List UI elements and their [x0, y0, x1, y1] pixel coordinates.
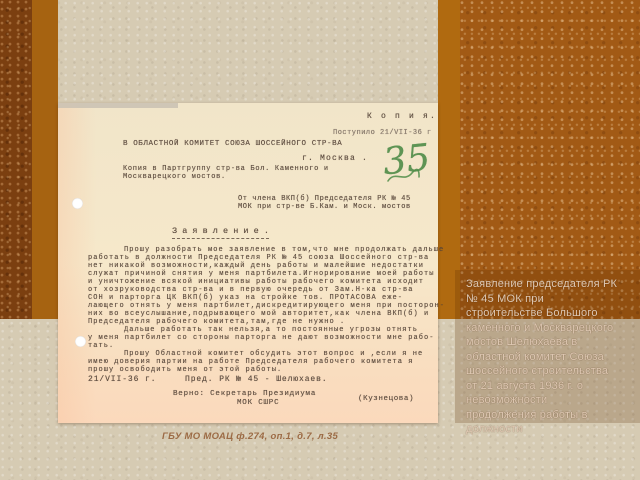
body-line-2: работать в должности Председателя РК № 4…: [88, 254, 445, 262]
body-line-3: нет никакой возможности,каждый день рабо…: [88, 262, 445, 270]
punch-hole-top: [72, 198, 83, 209]
paper-top-edge: [58, 103, 178, 108]
body-line-4: служат причиной снятия у меня партбилета…: [88, 270, 445, 278]
application-heading: З а я в л е н и е .: [172, 226, 269, 236]
from-line-2: МОК при стр-ве Б.Кам. и Моск. мостов: [238, 203, 411, 211]
body-line-13: тать.: [88, 342, 445, 350]
copy-stamp: К о п и я.: [367, 112, 437, 121]
handwriting-flourish: [386, 168, 420, 184]
certified-line-1: Верно: Секретарь Президиума: [173, 390, 316, 398]
copy-note-line-2: Москварецкого мостов.: [123, 173, 226, 181]
copy-note-line-1: Копия в Партгруппу стр-ва Бол. Каменного…: [123, 165, 329, 173]
body-line-15: имею доверия партии на работе Председате…: [88, 358, 445, 366]
body-line-9: них во всеуслышание,подрывающего мой авт…: [88, 310, 445, 318]
body-line-6: от хозруководства стр-ва и в первую очер…: [88, 286, 445, 294]
punch-hole-bottom: [75, 336, 86, 347]
body-line-10: Председателя рабочего комитета,там,где н…: [88, 318, 445, 326]
photo-mount-left: [0, 0, 32, 319]
body-line-1: Прошу разобрать мое заявление в том,что …: [88, 246, 445, 254]
body-line-14: Прошу Областной комитет обсудить этот во…: [88, 350, 445, 358]
slide-background: К о п и я. Поступило 21/VII-36 г В ОБЛАС…: [0, 0, 640, 480]
city-line: г. Москва .: [302, 154, 368, 163]
signature-line: Пред. РК № 45 - Шелюхаев.: [185, 375, 328, 384]
mount-orange-strip-left: [32, 0, 58, 319]
body-line-7: СОН и парторга ЦК ВКП(б) указ на стройке…: [88, 294, 445, 302]
certified-name: (Кузнецова): [358, 395, 414, 403]
body-line-11: Дальше работать так нельзя,а то постоянн…: [88, 326, 445, 334]
certified-line-2: МОК СШРС: [237, 399, 279, 407]
from-line-1: От члена ВКП(б) Председателя РК № 45: [238, 195, 411, 203]
archive-citation: ГБУ МО МОАЦ ф.274, оп.1, д.7, л.35: [120, 431, 380, 442]
application-body: Прошу разобрать мое заявление в том,что …: [88, 246, 445, 374]
body-line-12: у меня партбилет со стороны парторга не …: [88, 334, 445, 342]
body-line-16: прошу освободить меня от этой работы.: [88, 366, 445, 374]
date-line: 21/VII-36 г.: [88, 375, 156, 384]
caption-text: Заявление председателя РК № 45 МОК при с…: [466, 277, 618, 437]
body-line-8: лающего отнять у меня партбилет,дискреди…: [88, 302, 445, 310]
addressee-line: В ОБЛАСТНОЙ КОМИТЕТ СОЮЗА ШОССЕЙНОГО СТР…: [123, 140, 342, 148]
body-line-5: и уничтожение всякой инициативы работы р…: [88, 278, 445, 286]
